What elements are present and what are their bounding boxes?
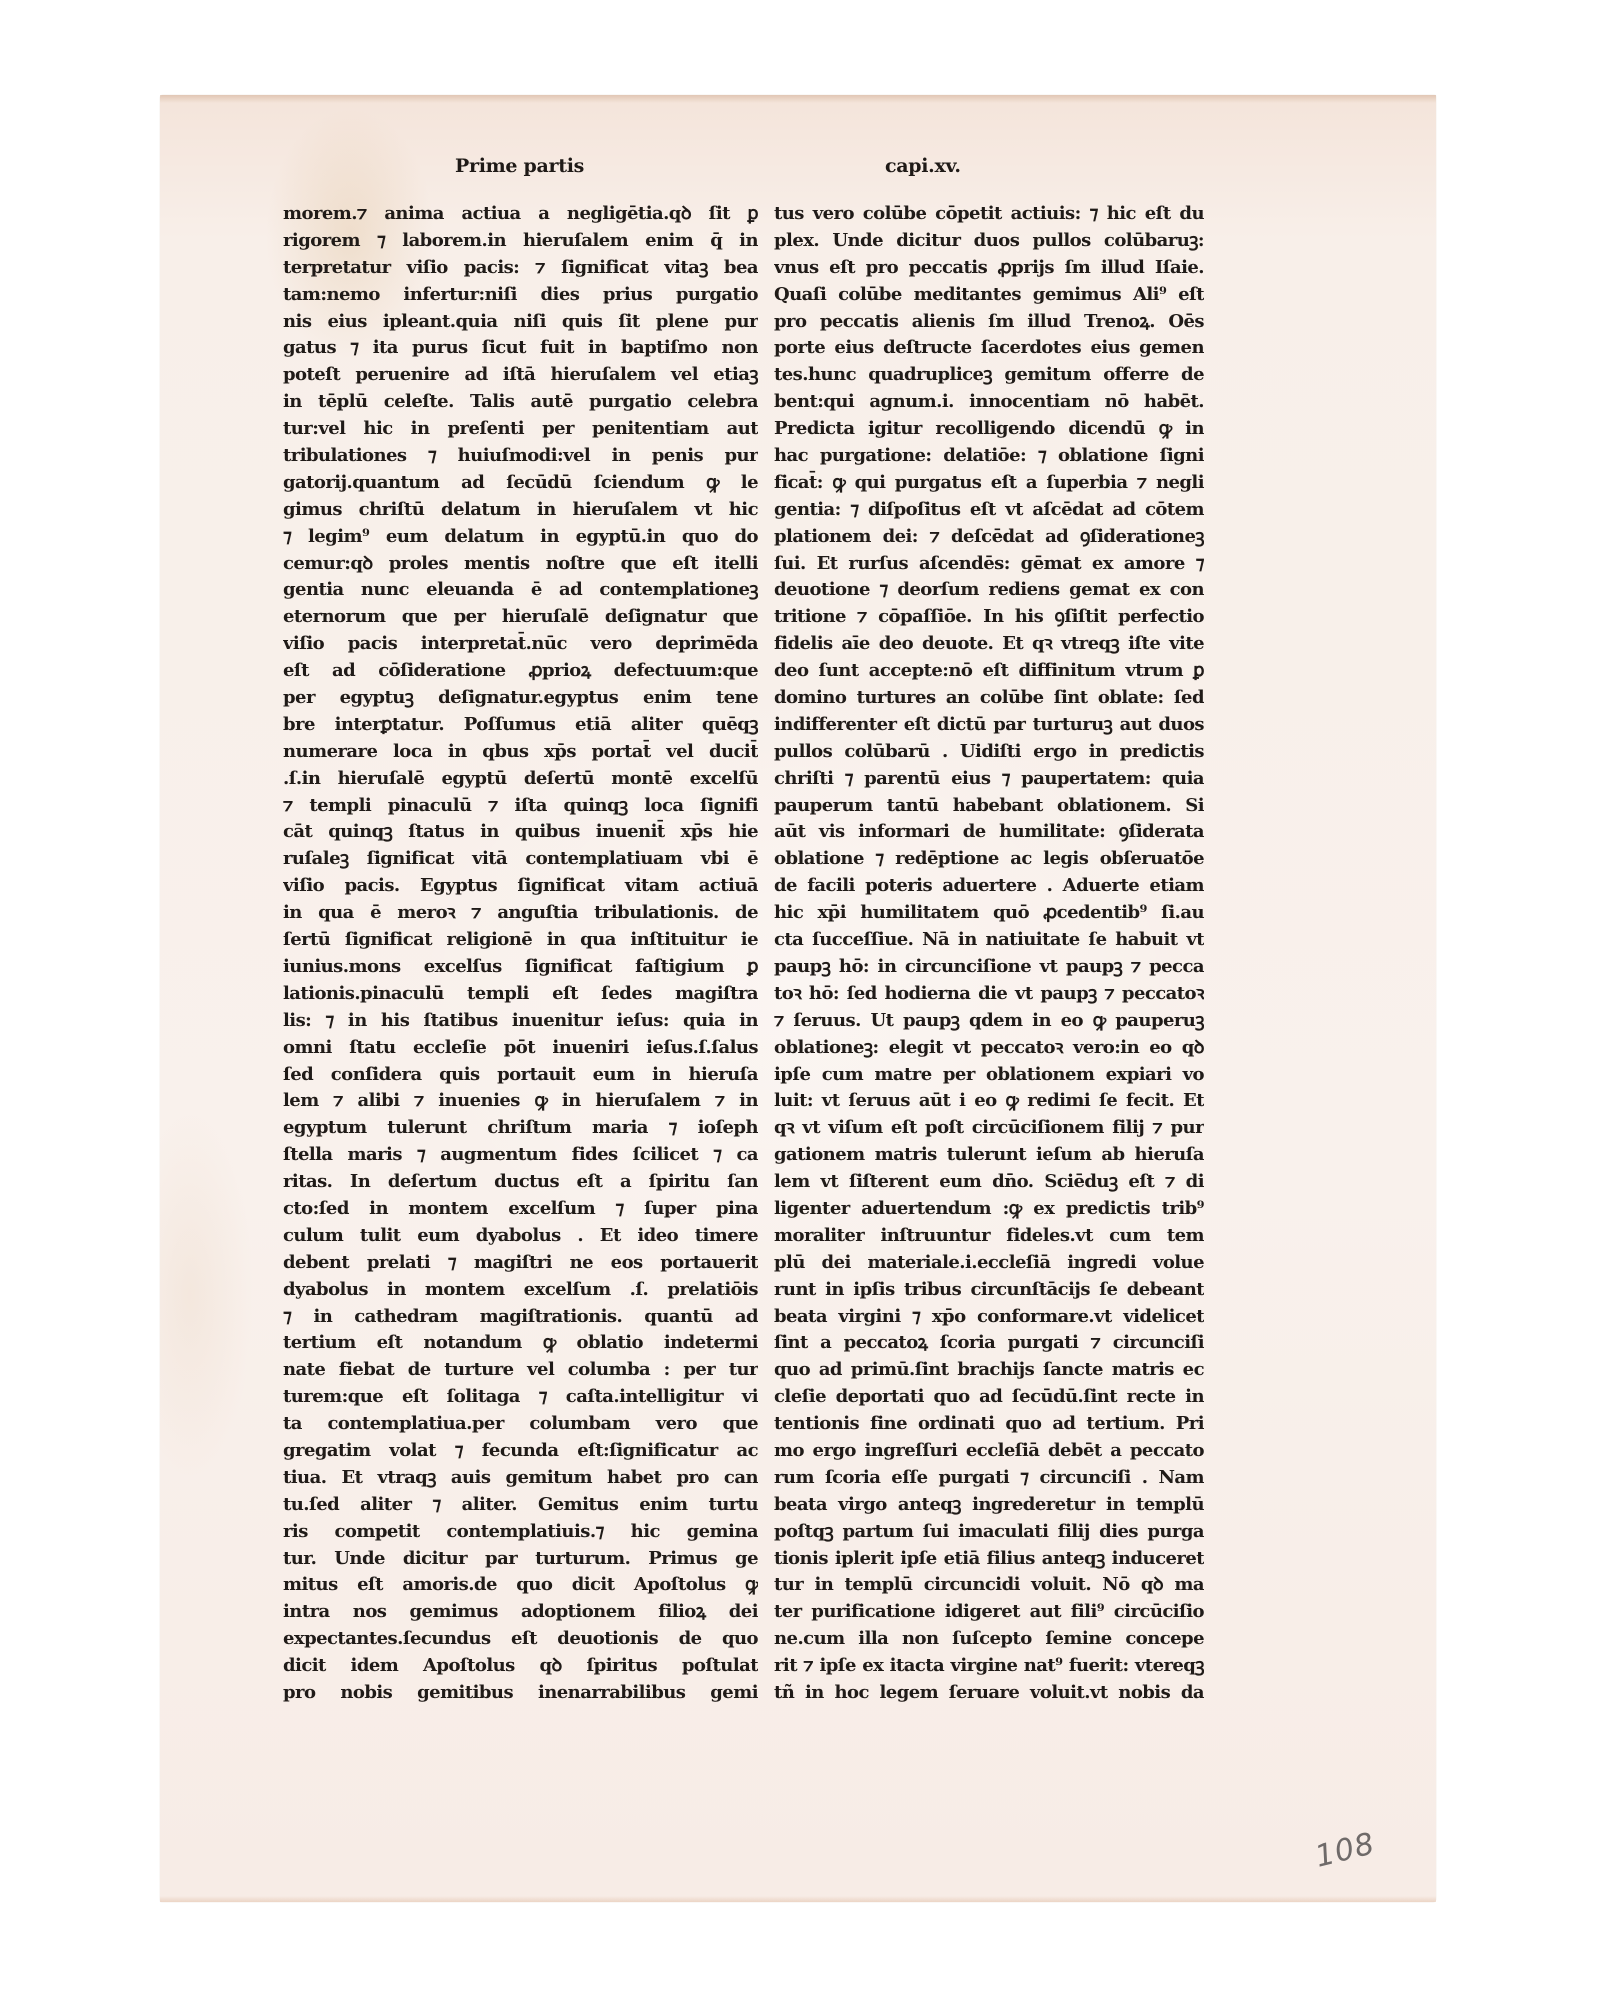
text-line: cemur:qꝺ proles mentis noſtre que eſt it… [283,551,758,578]
text-line: ⁊ templi pinaculū ⁊ iſta quinqꝫ loca ſig… [283,793,758,820]
incunabula-leaf: Prime partis capi.xv. morem.⁊ anima acti… [160,95,1436,1902]
text-line: lis: ⁊ in his ſtatibus inuenitur ieſus: … [283,1008,758,1035]
text-line: porte eius deſtructe ſacerdotes eius gem… [774,335,1204,362]
text-line: tus vero colūbe cōpetit actiuis: ⁊ hic e… [774,201,1204,228]
text-line: ſui. Et rurſus aſcendēs: gēmat ex amore … [774,551,1204,578]
text-line: aūt vis informari de humilitate: ꝯſidera… [774,819,1204,846]
text-line: tentionis fine ordinati quo ad tertium. … [774,1411,1204,1438]
text-line: cta ſucceſſiue. Nā in natiuitate ſe habu… [774,927,1204,954]
text-line: omni ſtatu eccleſie pōt inueniri ieſus.ſ… [283,1035,758,1062]
running-head-left: Prime partis [455,155,584,177]
text-line: lem ⁊ alibi ⁊ inuenies ꝙ in hieruſalem ⁊… [283,1088,758,1115]
text-line: bent:qui agnum.i. innocentiam nō habēt. [774,389,1204,416]
text-line: ne.cum illa non ſuſcepto ſemine concepe [774,1626,1204,1653]
text-line: hac purgatione: delatiōe: ⁊ oblatione ſi… [774,443,1204,470]
text-line: per egyptuꝫ deſignatur.egyptus enim tene [283,685,758,712]
text-line: ſertū ſignificat religionē in qua inſtit… [283,927,758,954]
text-line: eternorum que per hieruſalē deſignatur q… [283,604,758,631]
text-line: tur in templū circuncidi voluit. Nō qꝺ m… [774,1572,1204,1599]
text-line: ⁊ legim⁹ eum delatum in egyptū.in quo do [283,524,758,551]
text-line: viſio pacis interpretat̄.nūc vero deprim… [283,631,758,658]
text-line: terpretatur viſio pacis: ⁊ ſignificat vi… [283,255,758,282]
text-line: beata virgo anteqꝫ ingrederetur in templ… [774,1492,1204,1519]
text-column-right: tus vero colūbe cōpetit actiuis: ⁊ hic e… [774,201,1204,1707]
text-line: ſtella maris ⁊ augmentum fides ſcilicet … [283,1142,758,1169]
text-line: cto:ſed in montem excelſum ⁊ ſuper pina [283,1196,758,1223]
text-line: lem vt ſiſterent eum dn̄o. Sciēduꝫ eſt ⁊… [774,1169,1204,1196]
text-line: tes.hunc quadrupliceꝫ gemitum offerre de [774,362,1204,389]
text-line: ficat̄: ꝙ qui purgatus eſt a ſuperbia ⁊ … [774,470,1204,497]
text-line: beata virgini ⁊ xp̄o conformare.vt videl… [774,1304,1204,1331]
text-line: ter purificatione idigeret aut fili⁹ cir… [774,1599,1204,1626]
text-line: toꝛ hō: ſed hodierna die vt paupꝫ ⁊ pecc… [774,981,1204,1008]
text-line: cleſie deportati quo ad ſecūdū.ſint rect… [774,1384,1204,1411]
text-line: numerare loca in qbus xp̄s portat̄ vel d… [283,739,758,766]
text-line: qꝛ vt viſum eſt poſt circūciſionem filij… [774,1115,1204,1142]
text-line: ſint a peccatoꝝ ſcoria purgati ⁊ circunc… [774,1330,1204,1357]
text-line: tam:nemo infertur:niſi dies prius purgat… [283,282,758,309]
text-line: de facili poteris aduertere . Aduerte et… [774,873,1204,900]
text-line: nate fiebat de turture vel columba : per… [283,1357,758,1384]
text-line: oblatione ⁊ redēptione ac legis obſeruat… [774,846,1204,873]
text-line: runt in ipſis tribus circunſtācijs ſe de… [774,1277,1204,1304]
text-line: gatus ⁊ ita purus ſicut fuit in baptiſmo… [283,335,758,362]
text-line: tertium eſt notandum ꝙ oblatio indetermi [283,1330,758,1357]
text-line: ligenter aduertendum :ꝙ ex predictis tri… [774,1196,1204,1223]
text-line: gentia nunc eleuanda ē ad contemplatione… [283,577,758,604]
text-line: fidelis aīe deo deuote. Et qꝛ vtreqꝫ iſt… [774,631,1204,658]
text-line: tionis iplerit ipſe etiā filius anteqꝫ i… [774,1546,1204,1573]
text-line: plū dei materiale.i.eccleſiā ingredi vol… [774,1250,1204,1277]
text-line: rigorem ⁊ laborem.in hieruſalem enim q̄ … [283,228,758,255]
text-line: tritione ⁊ cōpaſſiōe. In his ꝯſiſtit per… [774,604,1204,631]
text-line: tu.ſed aliter ⁊ aliter. Gemitus enim tur… [283,1492,758,1519]
text-line: dyabolus in montem excelſum .ſ. prelatiō… [283,1277,758,1304]
text-line: intra nos gemimus adoptionem filioꝝ dei [283,1599,758,1626]
text-line: nis eius ipleant.quia niſi quis ſit plen… [283,309,758,336]
leaf-top-edge [160,95,1436,103]
text-line: indifferenter eſt dictū par turturuꝫ aut… [774,712,1204,739]
text-line: .ſ.in hieruſalē egyptū deſertū montē exc… [283,766,758,793]
text-line: hic xp̄i humilitatem quō ꝓcedentib⁹ ſi.a… [774,900,1204,927]
text-line: tñ in hoc legem ſeruare voluit.vt nobis … [774,1680,1204,1707]
text-line: egyptum tulerunt chriſtum maria ⁊ ioſeph [283,1115,758,1142]
text-line: rum ſcoria eſſe purgati ⁊ circunciſi . N… [774,1465,1204,1492]
text-line: eſt ad cōſideratione ꝓprioꝝ defectuum:qu… [283,658,758,685]
text-line: ⁊ ſeruus. Ut paupꝫ qdem in eo ꝙ pauperuꝫ [774,1008,1204,1035]
text-line: culum tulit eum dyabolus . Et ideo timer… [283,1223,758,1250]
text-line: ritas. In deſertum ductus eſt a ſpiritu … [283,1169,758,1196]
text-line: plex. Unde dicitur duos pullos colūbaruꝫ… [774,228,1204,255]
text-line: iunius.mons excelſus ſignificat faſtigiu… [283,954,758,981]
text-line: in tēplū celeſte. Talis autē purgatio ce… [283,389,758,416]
text-line: rit ⁊ ipſe ex itacta virgine nat⁹ fuerit… [774,1653,1204,1680]
text-line: in qua ē meroꝛ ⁊ anguſtia tribulationis.… [283,900,758,927]
text-line: poteſt peruenire ad iſtā hieruſalem vel … [283,362,758,389]
text-line: ris competit contemplatiuis.⁊ hic gemina [283,1519,758,1546]
text-line: tur:vel hic in preſenti per penitentiam … [283,416,758,443]
text-line: ruſaleꝫ ſignificat vitā contemplatiuam v… [283,846,758,873]
text-line: gimus chriſtū delatum in hieruſalem vt h… [283,497,758,524]
text-line: gregatim volat ⁊ fecunda eſt:ſignificatu… [283,1438,758,1465]
leaf-bottom-edge [160,1896,1436,1902]
text-line: gentia: ⁊ diſpoſitus eſt vt aſcēdat ad c… [774,497,1204,524]
text-line: tribulationes ⁊ huiuſmodi:vel in penis p… [283,443,758,470]
text-line: poſtqꝫ partum ſui imaculati filij dies p… [774,1519,1204,1546]
text-line: turem:que eſt ſolitaga ⁊ caſta.intelligi… [283,1384,758,1411]
text-line: vnus eſt pro peccatis ꝓprijs ſm illud Iſ… [774,255,1204,282]
text-line: oblationeꝫ: elegit vt peccatoꝛ vero:in e… [774,1035,1204,1062]
text-line: expectantes.ſecundus eſt deuotionis de q… [283,1626,758,1653]
text-line: bre interꝑtatur. Poſſumus etiā aliter qu… [283,712,758,739]
text-line: plationem dei: ⁊ deſcēdat ad ꝯſideration… [774,524,1204,551]
text-line: tur. Unde dicitur par turturum. Primus g… [283,1546,758,1573]
text-line: deo ſunt accepte:nō eſt diffinitum vtrum… [774,658,1204,685]
text-line: viſio pacis. Egyptus ſignificat vitam ac… [283,873,758,900]
text-line: cāt quinqꝫ ſtatus in quibus inuenit̄ xp̄… [283,819,758,846]
pencil-folio-number: 108 [1312,1826,1379,1875]
text-line: pullos colūbarū . Uidiſti ergo in predic… [774,739,1204,766]
text-line: ta contemplatiua.per columbam vero que [283,1411,758,1438]
text-line: pro nobis gemitibus inenarrabilibus gemi [283,1680,758,1707]
text-column-left: morem.⁊ anima actiua a negligētia.qꝺ ſit… [283,201,758,1707]
text-line: moraliter inſtruuntur fideles.vt cum tem [774,1223,1204,1250]
text-line: quo ad primū.ſint brachijs ſancte matris… [774,1357,1204,1384]
text-line: Predicta igitur recolligendo dicendū ꝙ i… [774,416,1204,443]
text-line: domino turtures an colūbe ſint oblate: ſ… [774,685,1204,712]
text-line: gationem matris tulerunt ieſum ab hieruſ… [774,1142,1204,1169]
text-line: dicit idem Apoſtolus qꝺ ſpiritus poſtula… [283,1653,758,1680]
text-line: luit: vt ſeruus aūt i eo ꝙ redimi ſe fec… [774,1088,1204,1115]
text-line: chriſti ⁊ parentū eius ⁊ paupertatem: qu… [774,766,1204,793]
text-line: gatorij.quantum ad ſecūdū ſciendum ꝙ le [283,470,758,497]
text-line: pauperum tantū habebant oblationem. Si [774,793,1204,820]
text-line: ipſe cum matre per oblationem expiari vo [774,1062,1204,1089]
text-line: mitus eſt amoris.de quo dicit Apoſtolus … [283,1572,758,1599]
running-head-right: capi.xv. [885,155,961,177]
text-line: mo ergo ingreſſuri eccleſiā debēt a pecc… [774,1438,1204,1465]
text-line: ⁊ in cathedram magiſtrationis. quantū ad [283,1304,758,1331]
text-line: lationis.pinaculū templi eſt ſedes magiſ… [283,981,758,1008]
text-line: debent prelati ⁊ magiſtri ne eos portaue… [283,1250,758,1277]
text-line: paupꝫ hō: in circunciſione vt paupꝫ ⁊ pe… [774,954,1204,981]
text-line: morem.⁊ anima actiua a negligētia.qꝺ ſit… [283,201,758,228]
text-line: Quaſi colūbe meditantes gemimus Ali⁹ eſt [774,282,1204,309]
text-line: tiua. Et vtraqꝫ auis gemitum habet pro c… [283,1465,758,1492]
text-line: pro peccatis alienis ſm illud Trenoꝝ. Oē… [774,309,1204,336]
text-line: ſed conſidera quis portauit eum in hieru… [283,1062,758,1089]
text-line: deuotione ⁊ deorſum rediens gemat ex con [774,577,1204,604]
